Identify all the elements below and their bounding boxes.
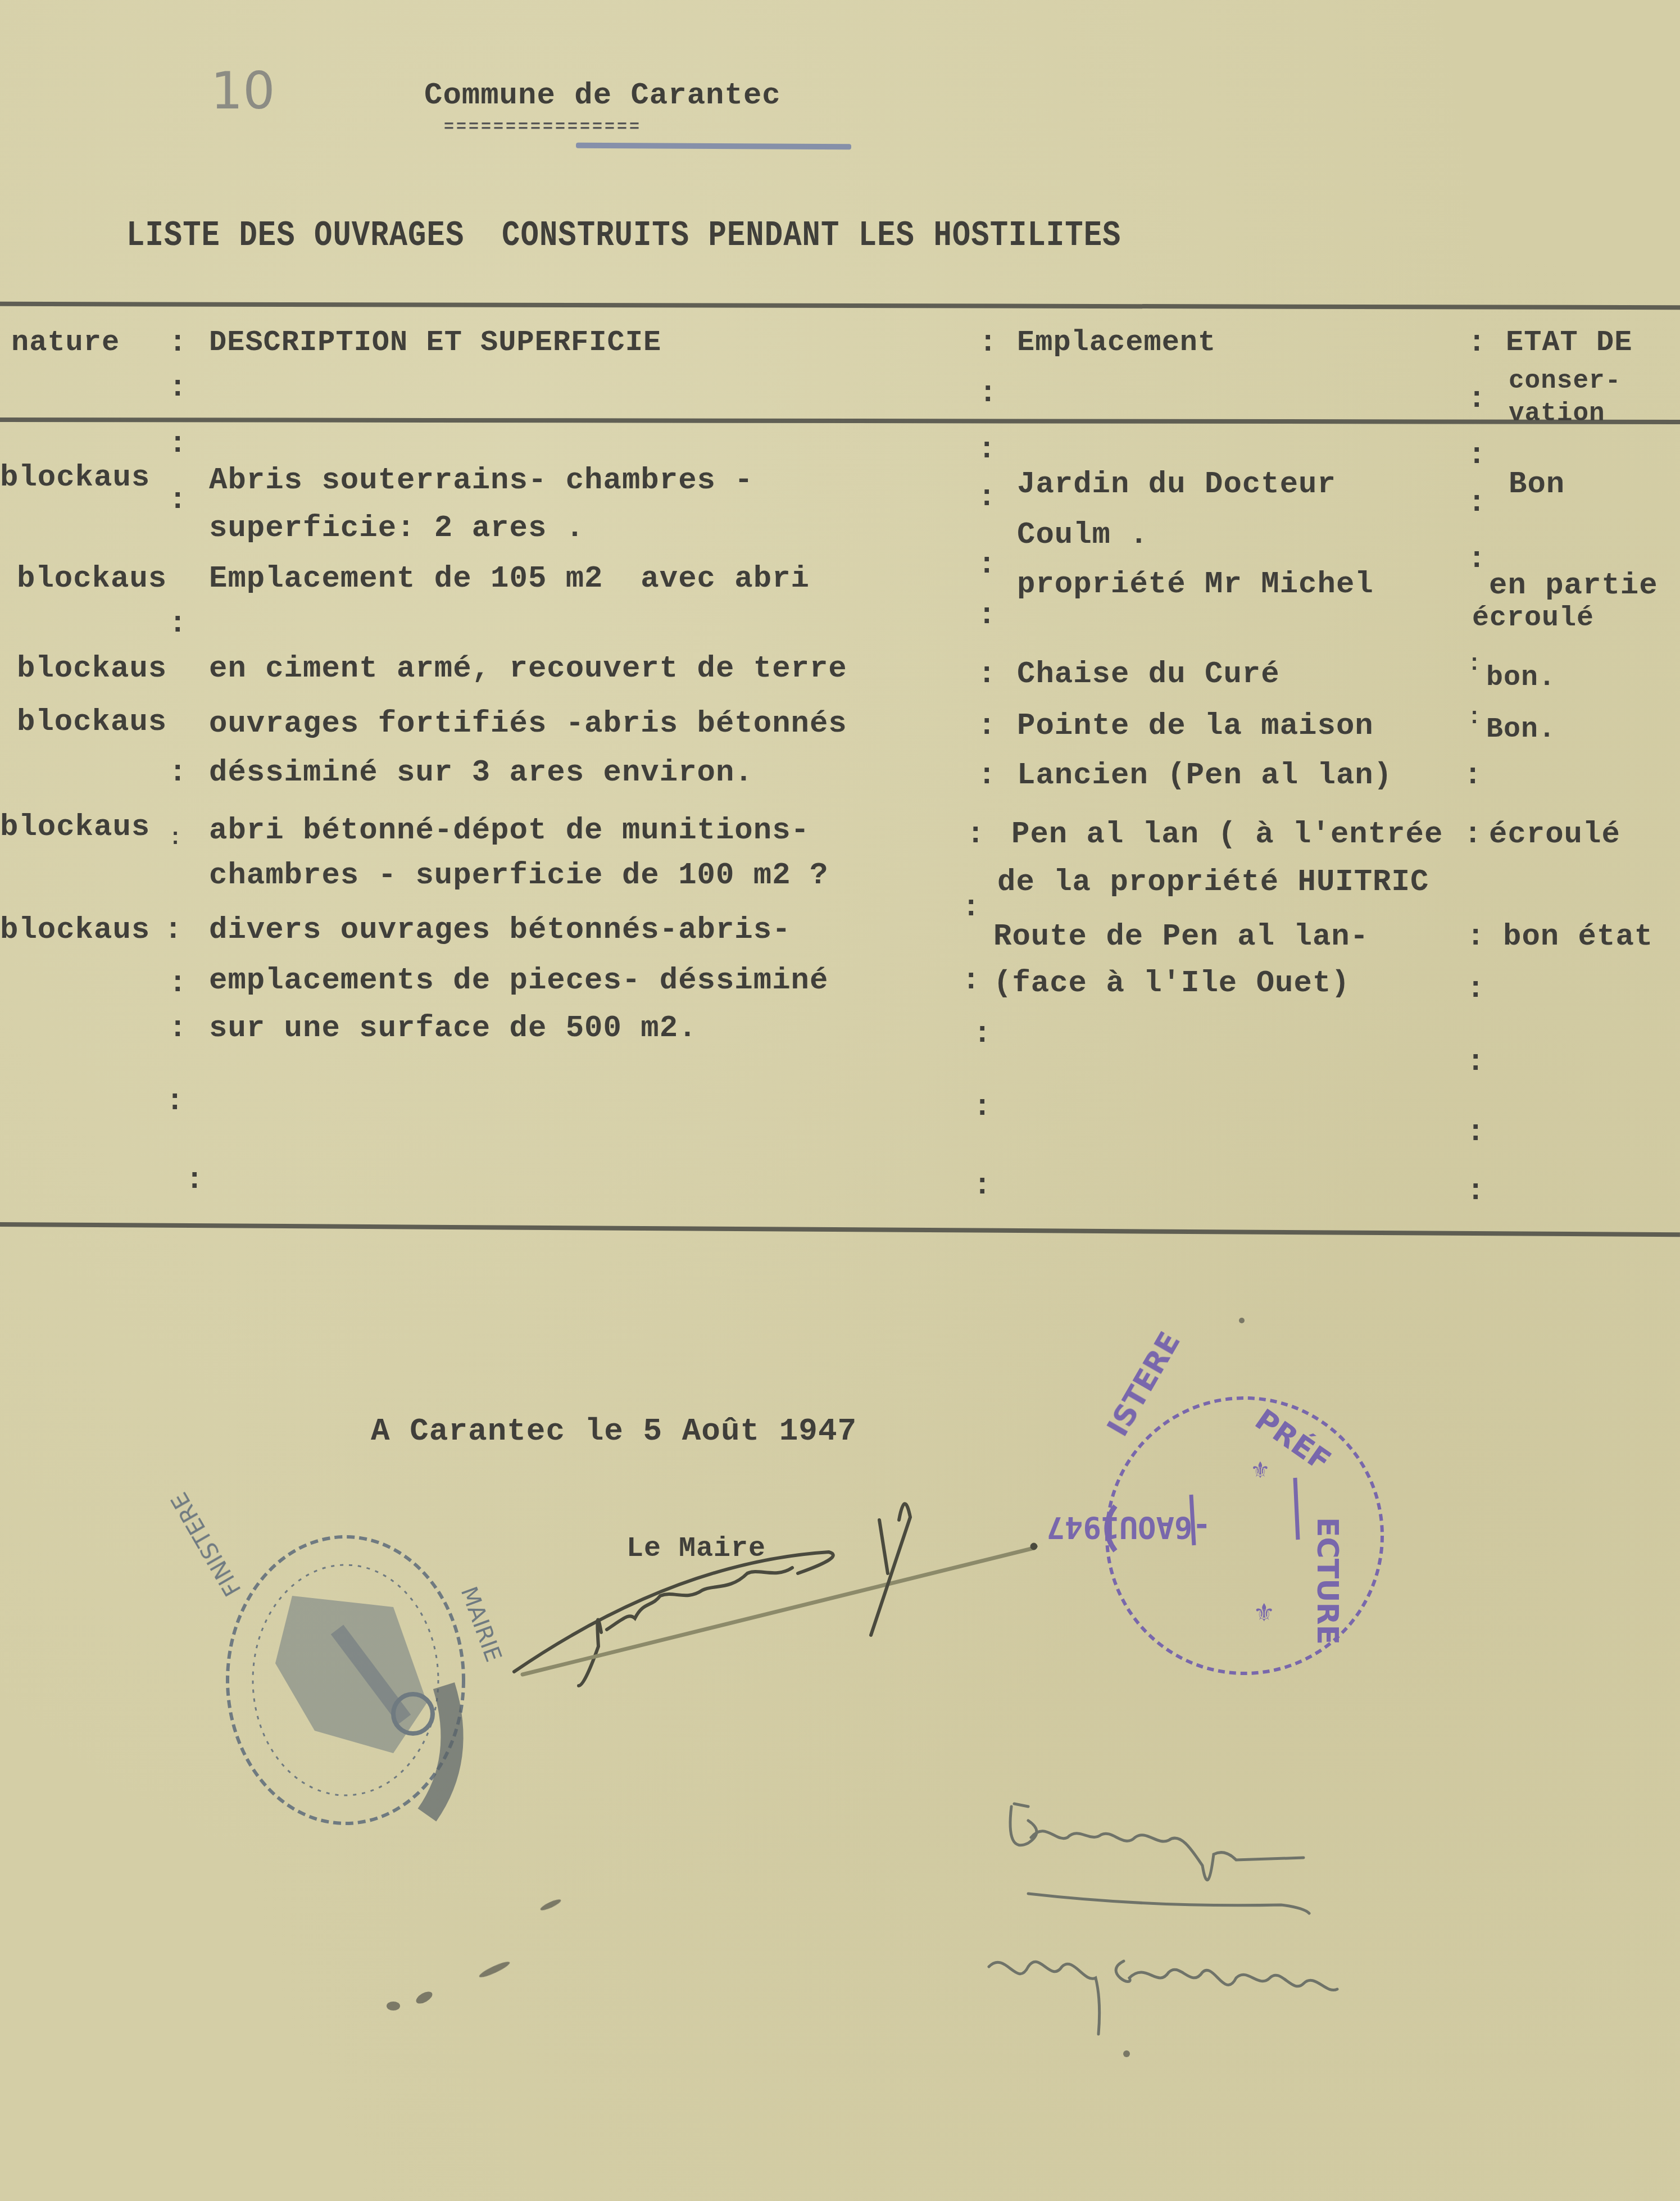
mayor-signature xyxy=(514,1504,1037,1686)
svg-text:⚜: ⚜ xyxy=(1253,1599,1275,1627)
svg-text:ISTERE: ISTERE xyxy=(1101,1326,1187,1442)
mayor-stamp-icon: FINISTERE MAIRIE xyxy=(166,1488,506,1823)
stamps-and-signatures: FINISTERE MAIRIE -6AOU1947 PRÉF ECTURE I… xyxy=(0,0,1680,2201)
svg-text:ECTURE: ECTURE xyxy=(1310,1517,1344,1645)
pencil-annotations xyxy=(989,1804,1337,2034)
svg-text:FINISTERE: FINISTERE xyxy=(166,1488,246,1600)
prefecture-stamp-date: -6AOU1947 xyxy=(1046,1510,1211,1545)
svg-text:⚜: ⚜ xyxy=(1250,1458,1270,1483)
prefecture-stamp-icon: -6AOU1947 PRÉF ECTURE ISTERE ⚜ ⚜ xyxy=(1046,1326,1382,1673)
